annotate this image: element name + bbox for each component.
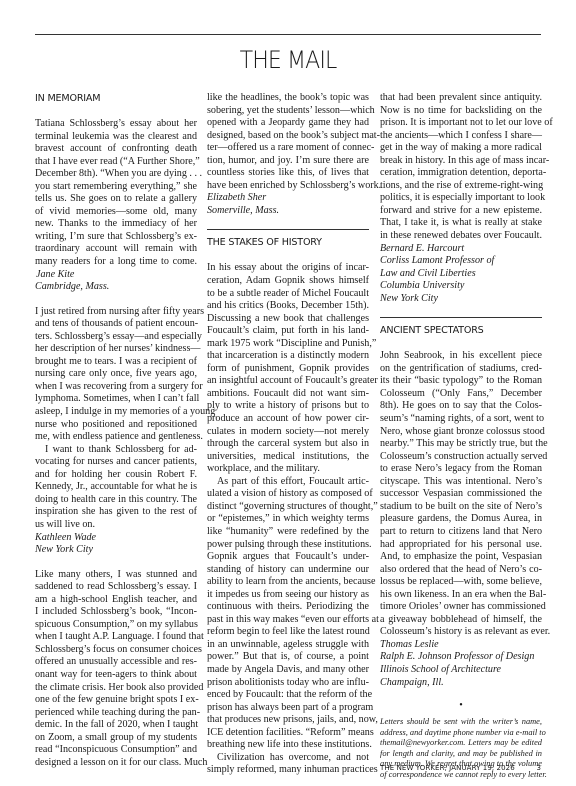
column-2: like the headlines, the book’s topic was… xyxy=(207,92,369,777)
text-line: ter—offered us a rare moment of connec- xyxy=(207,142,369,155)
text-line: successor Vespasian commissioned the xyxy=(380,488,542,501)
text-line: when I taught A.P. Language. I found tha… xyxy=(35,631,197,644)
text-line: lymphoma. Sometimes, when I can’t fall xyxy=(35,393,197,406)
text-line: ceration, immigration detention, deporta… xyxy=(380,167,542,180)
text-line: Like many others, I was stunned and xyxy=(35,569,197,582)
text-line: forward and strive for a new episteme. xyxy=(380,205,542,218)
text-line: doing to health care in this country. Th… xyxy=(35,494,197,507)
text-line: power.” But that is, of course, a point xyxy=(207,651,369,664)
text-line: As part of this effort, Foucault artic- xyxy=(207,476,369,489)
signature-name: Kathleen Wade xyxy=(35,532,197,545)
text-line: many readers for a long time to come. xyxy=(35,256,197,269)
section-heading-stakes-of-history: THE STAKES OF HISTORY xyxy=(207,236,369,250)
text-line: breathing new life into these institutio… xyxy=(207,739,369,752)
text-line: vocating for nurses and cancer patients, xyxy=(35,456,197,469)
text-line: tion, humor, and joy. I’m sure there are xyxy=(207,155,369,168)
page-number: 3 xyxy=(536,764,541,772)
text-line: traordinary account will remain with xyxy=(35,243,197,256)
text-line: ceration, Adam Gopnik shows himself xyxy=(207,275,369,288)
text-line: like “humanity” were redefined by the xyxy=(207,526,369,539)
text-line: one of the few genuine bright spots I ex… xyxy=(35,694,197,707)
text-line: And, to emphasize the point, Vespasian xyxy=(380,551,542,564)
text-line: reform begin to feel like the latest rou… xyxy=(207,626,369,639)
text-line: offered an unusually accessible and res- xyxy=(35,656,197,669)
bullet-separator: • xyxy=(380,695,542,717)
text-line: form of punishment, Gopnik provides xyxy=(207,363,369,376)
text-line: get in the way of making a more radical xyxy=(380,142,542,155)
text-line: to erase Nero’s legacy from the Roman xyxy=(380,463,542,476)
text-line: continuous with theirs. Periodizing the xyxy=(207,601,369,614)
note-line: Letters should be sent with the writer’s… xyxy=(380,717,542,728)
text-line: in these renewed debates over Foucault. xyxy=(380,230,542,243)
text-line: ICE detention facilities. “Reform” means xyxy=(207,727,369,740)
text-line: on the gentrification of stadiums, cred- xyxy=(380,363,542,376)
text-line: countless stories like this, of lives th… xyxy=(207,167,369,180)
letter-leslie: John Seabrook, in his excellent piece on… xyxy=(380,350,542,689)
text-line: Now is no time for backsliding on the xyxy=(380,105,542,118)
text-line: writing, I’m sure that Schlossberg’s ex- xyxy=(35,231,197,244)
signature-place: Champaign, Ill. xyxy=(380,677,542,690)
text-line: an insightful account of Foucault’s grea… xyxy=(207,375,369,388)
text-line: In his essay about the origins of incar- xyxy=(207,262,369,275)
text-line: or “epistemes,” in which weighty terms xyxy=(207,513,369,526)
text-line: on Zoom, a small group of my students xyxy=(35,732,197,745)
section-heading-in-memoriam: IN MEMORIAM xyxy=(35,92,197,106)
letter-sher-part1: Like many others, I was stunned and sadd… xyxy=(35,569,197,770)
text-line: tells us. She goes on to relate a galler… xyxy=(35,193,197,206)
text-line: distinct “governing structures of though… xyxy=(207,501,369,514)
text-line: produce an account of how power cir- xyxy=(207,413,369,426)
text-line: Civilization has overcome, and not xyxy=(207,752,369,765)
text-line: Colosseum (“Only Fans,” December xyxy=(380,388,542,401)
text-line: Nero, whose giant bronze colossus stood xyxy=(380,426,542,439)
text-line: Schlossberg’s focus on consumer choices xyxy=(35,644,197,657)
text-line: cityscape. This was intentional. Nero’s xyxy=(380,476,542,489)
text-line: That, I take it, is what is really at st… xyxy=(380,217,542,230)
text-line: opened with a Jeopardy game they had xyxy=(207,117,369,130)
letter-harcourt-part1: In his essay about the origins of incar-… xyxy=(207,262,369,776)
text-line: I included Schlossberg’s book, “Incon- xyxy=(35,606,197,619)
text-line: onant way for teen-agers to think about xyxy=(35,669,197,682)
text-line: her description of her nurses’ kindness— xyxy=(35,343,197,356)
signature-place: Cambridge, Mass. xyxy=(35,281,197,294)
text-line: politics, it is especially important to … xyxy=(380,192,542,205)
text-line: the climate crisis. Her book also provid… xyxy=(35,682,197,695)
text-line: stadium to be built on the site of Nero’… xyxy=(380,501,542,514)
signature-name: Bernard E. Harcourt xyxy=(380,243,542,256)
signature-name: Thomas Leslie xyxy=(380,639,542,652)
page-footer: THE NEW YORKER, JANUARY 19, 2026 3 xyxy=(380,764,541,772)
text-line: prison. It is important not to let our l… xyxy=(380,117,542,130)
letter-harcourt-part2: that had been prevalent since antiquity.… xyxy=(380,92,542,305)
signature-title: Corliss Lamont Professor of xyxy=(380,255,542,268)
column-1: IN MEMORIAM Tatiana Schlossberg’s essay … xyxy=(35,92,197,769)
text-line: Gopnik argues that Foucault’s under- xyxy=(207,551,369,564)
text-line: it impedes us from seeing our history as xyxy=(207,589,369,602)
text-line: power pulsing through these institutions… xyxy=(207,539,369,552)
text-line: Colosseum’s history is as relevant as ev… xyxy=(380,626,542,639)
text-line: Colosseum’s construction actually served xyxy=(380,451,542,464)
page-title: THE MAIL xyxy=(23,46,553,74)
column-3: that had been prevalent since antiquity.… xyxy=(380,92,542,781)
text-line: made by Angela Davis, and many other xyxy=(207,664,369,677)
text-line: standing of history can undermine our xyxy=(207,564,369,577)
text-line: and for holding her cousin Robert F. xyxy=(35,469,197,482)
text-line: tions, and the rise of extreme-right-win… xyxy=(380,180,542,193)
text-line: Kennedy, Jr., accountable for what he is xyxy=(35,481,197,494)
text-line: that had been prevalent since antiquity. xyxy=(380,92,542,105)
text-line: universities, medical institutions, the xyxy=(207,451,369,464)
text-line: asleep, I indulge in my memories of a yo… xyxy=(35,406,197,419)
text-line: in an unwinnable, ageless struggle with xyxy=(207,639,369,652)
text-line: read “Inconspicuous Consumption” and xyxy=(35,744,197,757)
text-line: saddened to read Schlossberg’s essay. I xyxy=(35,581,197,594)
text-line: me, with endless patience and gentleness… xyxy=(35,431,197,444)
text-line: ulated a vision of history as composed o… xyxy=(207,488,369,501)
text-line: break in history. In this age of mass in… xyxy=(380,155,542,168)
text-line: ply to write a history of prisons but to xyxy=(207,400,369,413)
text-line: am a high-school English teacher, and xyxy=(35,594,197,607)
text-line: brought me to tears. I was a recipient o… xyxy=(35,356,197,369)
text-line: when I was recovering from a surgery for xyxy=(35,381,197,394)
signature-place: New York City xyxy=(380,293,542,306)
text-line: Foucault’s claim, put forth in his land- xyxy=(207,325,369,338)
text-line: perienced while teaching during the pan- xyxy=(35,707,197,720)
text-line: past in this way makes “even our efforts… xyxy=(207,614,369,627)
section-heading-ancient-spectators: ANCIENT SPECTATORS xyxy=(380,324,542,338)
signature-name: Elizabeth Sher xyxy=(207,192,369,205)
publication-dateline: THE NEW YORKER, JANUARY 19, 2026 xyxy=(380,764,515,772)
note-line: themail@newyorker.com. Letters may be ed… xyxy=(380,738,542,749)
text-line: us will live on. xyxy=(35,519,197,532)
text-line: nursing care only once, five years ago, xyxy=(35,368,197,381)
text-line: that produces new prisons, jails, and, n… xyxy=(207,714,369,727)
signature-title: Law and Civil Liberties xyxy=(380,268,542,281)
text-line: December 8th). “When you are dying . . . xyxy=(35,168,197,181)
text-line: I want to thank Schlossberg for ad- xyxy=(35,444,197,457)
text-line: terminal leukemia was the clearest and xyxy=(35,131,197,144)
text-line: part to return to citizens land that Ner… xyxy=(380,526,542,539)
signature-org: Illinois School of Architecture xyxy=(380,664,542,677)
text-line: designed a lesson on it for our class. M… xyxy=(35,757,197,770)
text-line: had appropriated for his personal use. xyxy=(380,539,542,552)
text-line: enced by Foucault: that the reform of th… xyxy=(207,689,369,702)
text-line: workplace, and the military. xyxy=(207,463,369,476)
text-line: Tatiana Schlossberg’s essay about her xyxy=(35,118,197,131)
text-line: timore Orioles’ owner has commissioned xyxy=(380,601,542,614)
text-line: through the carceral system but also in xyxy=(207,438,369,451)
text-line: you start remembering everything,” she xyxy=(35,181,197,194)
signature-title: Ralph E. Johnson Professor of Design xyxy=(380,651,542,664)
text-line: prison has always been part of a program xyxy=(207,702,369,715)
text-line: a giveaway bobblehead of himself, the xyxy=(380,614,542,627)
text-line: prison abolitionists today who are influ… xyxy=(207,677,369,690)
text-line: simply reformed, many inhuman practices xyxy=(207,764,369,777)
text-line: 8th). He goes on to say that the Colos- xyxy=(380,400,542,413)
text-line: ambitions. Foucault did not want sim- xyxy=(207,388,369,401)
text-line: the ancients—which I confess I share— xyxy=(380,130,542,143)
text-line: sobering, yet the students’ lesson—which xyxy=(207,105,369,118)
text-line: designed, based on the book’s subject ma… xyxy=(207,130,369,143)
text-line: new. Thanks to the immediacy of her xyxy=(35,218,197,231)
text-line: spicuous Consumption,” on my syllabus xyxy=(35,619,197,632)
signature-place: Somerville, Mass. xyxy=(207,205,369,218)
letter-sher-part2: like the headlines, the book’s topic was… xyxy=(207,92,369,217)
text-line: that I have ever read (“A Further Shore,… xyxy=(35,156,197,169)
signature-name: Jane Kite xyxy=(35,269,197,282)
text-line: its their “basic typology” to the Roman xyxy=(380,375,542,388)
signature-org: Columbia University xyxy=(380,280,542,293)
text-line: ters. Schlossberg’s essay—and especially xyxy=(35,331,197,344)
section-divider xyxy=(380,317,542,318)
text-line: of vivid memories—some old, many xyxy=(35,206,197,219)
text-line: lossus be replaced—with, some believe, xyxy=(380,576,542,589)
letter-wade: I just retired from nursing after fifty … xyxy=(35,306,197,557)
text-line: culates in modern society—not merely xyxy=(207,426,369,439)
text-line: have been enriched by Schlossberg’s work… xyxy=(207,180,369,193)
text-line: to be a subtle reader of Michel Foucault xyxy=(207,288,369,301)
text-line: John Seabrook, in his excellent piece xyxy=(380,350,542,363)
section-divider xyxy=(207,229,369,230)
text-line: mark 1975 work “Discipline and Punish,” xyxy=(207,338,369,351)
note-line: address, and daytime phone number via e-… xyxy=(380,728,542,739)
text-line: inspiration she has given to the rest of xyxy=(35,506,197,519)
signature-place: New York City xyxy=(35,544,197,557)
text-line: ability to learn from the ancients, beca… xyxy=(207,576,369,589)
text-line: also ordered that the head of Nero’s co- xyxy=(380,564,542,577)
text-line: nurse who positioned and repositioned xyxy=(35,419,197,432)
top-rule xyxy=(35,34,541,35)
text-line: bravest account of confronting death xyxy=(35,143,197,156)
text-line: I just retired from nursing after fifty … xyxy=(35,306,197,319)
letter-kite: Tatiana Schlossberg’s essay about her te… xyxy=(35,118,197,294)
text-line: demic. In the fall of 2020, when I taugh… xyxy=(35,719,197,732)
text-line: pleasure gardens, the Domus Aurea, in xyxy=(380,513,542,526)
note-line: for length and clarity, and may be publi… xyxy=(380,749,542,760)
text-line: seum’s “naming rights, of a sort, went t… xyxy=(380,413,542,426)
text-line: like the headlines, the book’s topic was xyxy=(207,92,369,105)
text-line: and tens of thousands of patient encoun- xyxy=(35,318,197,331)
text-line: nearby.” This may be strictly true, but … xyxy=(380,438,542,451)
text-line: and his critics (Books, December 15th). xyxy=(207,300,369,313)
text-line: that incarceration is a distinctly moder… xyxy=(207,350,369,363)
text-line: his own likeness. In an era when the Bal… xyxy=(380,589,542,602)
text-line: Discussing a new book that challenges xyxy=(207,313,369,326)
